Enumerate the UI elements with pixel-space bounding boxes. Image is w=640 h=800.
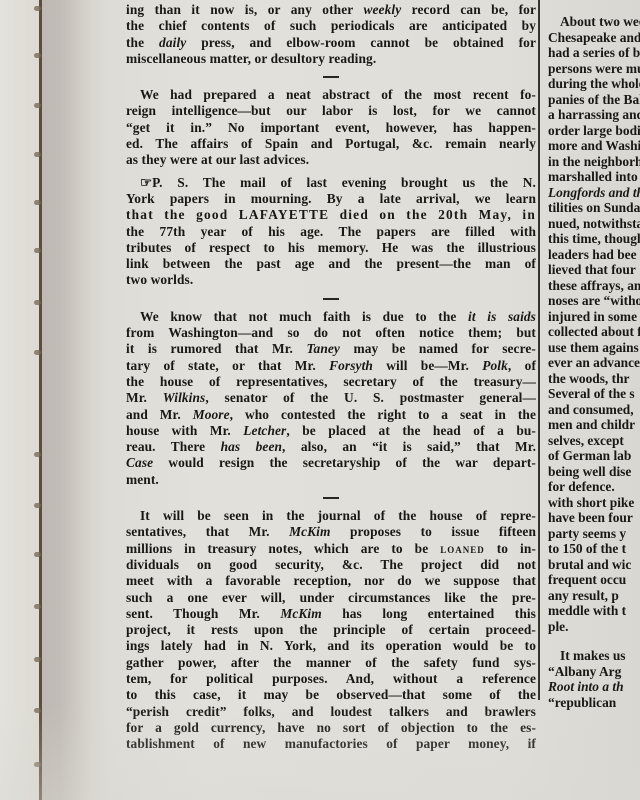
text-line: two worlds. xyxy=(126,272,536,288)
right-column: About two wee Chesapeake and C had a ser… xyxy=(548,14,640,710)
text-line: the woods, thr xyxy=(548,371,640,387)
paragraph-foreign-intelligence: We had prepared a neat abstract of the m… xyxy=(126,87,536,168)
text-line: We had prepared a neat abstract of the m… xyxy=(126,87,536,103)
text-line: with short pike xyxy=(548,495,640,511)
text-line: Root into a th xyxy=(548,679,640,695)
text-line: frequent occu xyxy=(548,572,640,588)
text-line: being well dise xyxy=(548,464,640,480)
paragraph-lafayette-death: ☞P. S. The mail of last evening brought … xyxy=(126,175,536,289)
text-line: Several of the s xyxy=(548,386,640,402)
bottom-margin xyxy=(0,705,640,800)
text-line: tributes of respect to his memory. He wa… xyxy=(126,240,536,256)
text-line: to 150 of the t xyxy=(548,541,640,557)
text-line: We know that not much faith is due to th… xyxy=(126,309,536,325)
main-column: ing than it now is, or any other weekly … xyxy=(126,0,536,752)
text-line: Chesapeake and C xyxy=(548,30,640,46)
text-line: link between the past age and the presen… xyxy=(126,256,536,272)
column-rule xyxy=(538,0,540,700)
text-line: sentatives, that Mr. McKim proposes to i… xyxy=(126,524,536,540)
text-line: for defence. xyxy=(548,479,640,495)
text-line: party seems y xyxy=(548,526,640,542)
text-line: it is rumored that Mr. Taney may be name… xyxy=(126,341,536,357)
text-line: brutal and wic xyxy=(548,557,640,573)
text-line: It makes us xyxy=(548,648,640,664)
text-line: Mr. Wilkins, senator of the U. S. postma… xyxy=(126,390,536,406)
text-line: gather power, after the manner of the sa… xyxy=(126,655,536,671)
text-line: men and childr xyxy=(548,417,640,433)
text-line: the house of representatives, secretary … xyxy=(126,374,536,390)
text-line: from Washington—and so do not often noti… xyxy=(126,325,536,341)
text-line: any result, p xyxy=(548,588,640,604)
section-rule xyxy=(323,298,339,300)
paragraph-washington-rumors: We know that not much faith is due to th… xyxy=(126,309,536,488)
text-line: “get it in.” No important event, however… xyxy=(126,120,536,136)
spacer xyxy=(548,634,640,648)
text-line: project, it rests upon the principle of … xyxy=(126,622,536,638)
left-margin xyxy=(0,0,40,800)
text-line: lieved that four xyxy=(548,262,640,278)
text-line: It will be seen in the journal of the ho… xyxy=(126,508,536,524)
text-line: of German lab xyxy=(548,448,640,464)
text-line: panies of the Balti xyxy=(548,92,640,108)
text-line: order large bodies xyxy=(548,123,640,139)
text-line: miscellaneous matter, or desultory readi… xyxy=(126,51,536,67)
text-line: house with Mr. Letcher, be placed at the… xyxy=(126,423,536,439)
text-line: such a one ever will, under circumstance… xyxy=(126,590,536,606)
text-line: ple. xyxy=(548,619,640,635)
stitch-hole xyxy=(34,53,41,58)
text-line: tilities on Sunday xyxy=(548,200,640,216)
text-line: meddle with t xyxy=(548,603,640,619)
text-line: sent. Though Mr. McKim has long entertai… xyxy=(126,606,536,622)
stitch-hole xyxy=(34,552,41,557)
text-line: millions in treasury notes, which are to… xyxy=(126,541,536,557)
stitch-hole xyxy=(34,300,41,305)
text-line: York papers in mourning. By a late arriv… xyxy=(126,191,536,207)
text-line: more and Washin xyxy=(548,138,640,154)
text-line: the chief contents of such periodicals a… xyxy=(126,18,536,34)
text-line: marshalled into xyxy=(548,169,640,185)
stitch-hole xyxy=(34,248,41,253)
text-line: had a series of bat xyxy=(548,45,640,61)
stitch-hole xyxy=(34,452,41,457)
text-line: nued, notwithsta xyxy=(548,216,640,232)
stitch-hole xyxy=(34,604,41,609)
text-line: tary of state, or that Mr. Forsyth will … xyxy=(126,358,536,374)
text-line: in the neighborho xyxy=(548,154,640,170)
text-line: reau. There has been, also, an “it is sa… xyxy=(126,439,536,455)
text-line: injured in some xyxy=(548,309,640,325)
text-line: have been four xyxy=(548,510,640,526)
text-line: tem, for political purposes. And, withou… xyxy=(126,671,536,687)
text-line: “Albany Arg xyxy=(548,664,640,680)
text-line: meet with a favorable reception, nor do … xyxy=(126,573,536,589)
newspaper-page: ing than it now is, or any other weekly … xyxy=(0,0,640,800)
text-line: to this case, it may be observed—that so… xyxy=(126,687,536,703)
text-line: a harrassing and u xyxy=(548,107,640,123)
text-line: ☞P. S. The mail of last evening brought … xyxy=(126,175,536,191)
stitch-hole xyxy=(34,6,41,11)
text-line: reign intelligence—but our labor is lost… xyxy=(126,103,536,119)
text-line: the 77th year of his age. The papers are… xyxy=(126,224,536,240)
text-line: noses are “witho xyxy=(548,293,640,309)
text-line: as they were at our last advices. xyxy=(126,152,536,168)
stitch-hole xyxy=(34,200,41,205)
stitch-hole xyxy=(34,103,41,108)
text-line: selves, except xyxy=(548,433,640,449)
paragraph-weekly-record: ing than it now is, or any other weekly … xyxy=(126,2,536,67)
section-rule xyxy=(323,76,339,78)
text-line: the daily press, and elbow-room cannot b… xyxy=(126,35,536,51)
text-line: use them agains xyxy=(548,340,640,356)
text-line: ings lately had in N. York, and its oper… xyxy=(126,638,536,654)
text-line: and consumed, xyxy=(548,402,640,418)
text-line: leaders had bee xyxy=(548,247,640,263)
text-line: Longfords and th xyxy=(548,185,640,201)
text-line: during the whole xyxy=(548,76,640,92)
section-rule xyxy=(323,497,339,499)
text-line: ever an advance xyxy=(548,355,640,371)
text-line: ment. xyxy=(126,472,536,488)
text-line: these affrays, and xyxy=(548,278,640,294)
text-line: ed. The affairs of Spain and Portugal, &… xyxy=(126,136,536,152)
stitch-hole xyxy=(34,503,41,508)
text-line: collected about f xyxy=(548,324,640,340)
text-line: and Mr. Moore, who contested the right t… xyxy=(126,407,536,423)
text-line: this time, though xyxy=(548,231,640,247)
gutter-shadow xyxy=(42,0,92,800)
stitch-hole xyxy=(34,350,41,355)
text-line: dividuals on good security, &c. The proj… xyxy=(126,557,536,573)
text-line: About two wee xyxy=(548,14,640,30)
text-line: ing than it now is, or any other weekly … xyxy=(126,2,536,18)
text-line: persons were mure xyxy=(548,61,640,77)
stitch-hole xyxy=(34,657,41,662)
text-line: that the good LAFAYETTE died on the 20th… xyxy=(126,207,536,223)
text-line: Case would resign the secretaryship of t… xyxy=(126,455,536,471)
stitch-hole xyxy=(34,152,41,157)
